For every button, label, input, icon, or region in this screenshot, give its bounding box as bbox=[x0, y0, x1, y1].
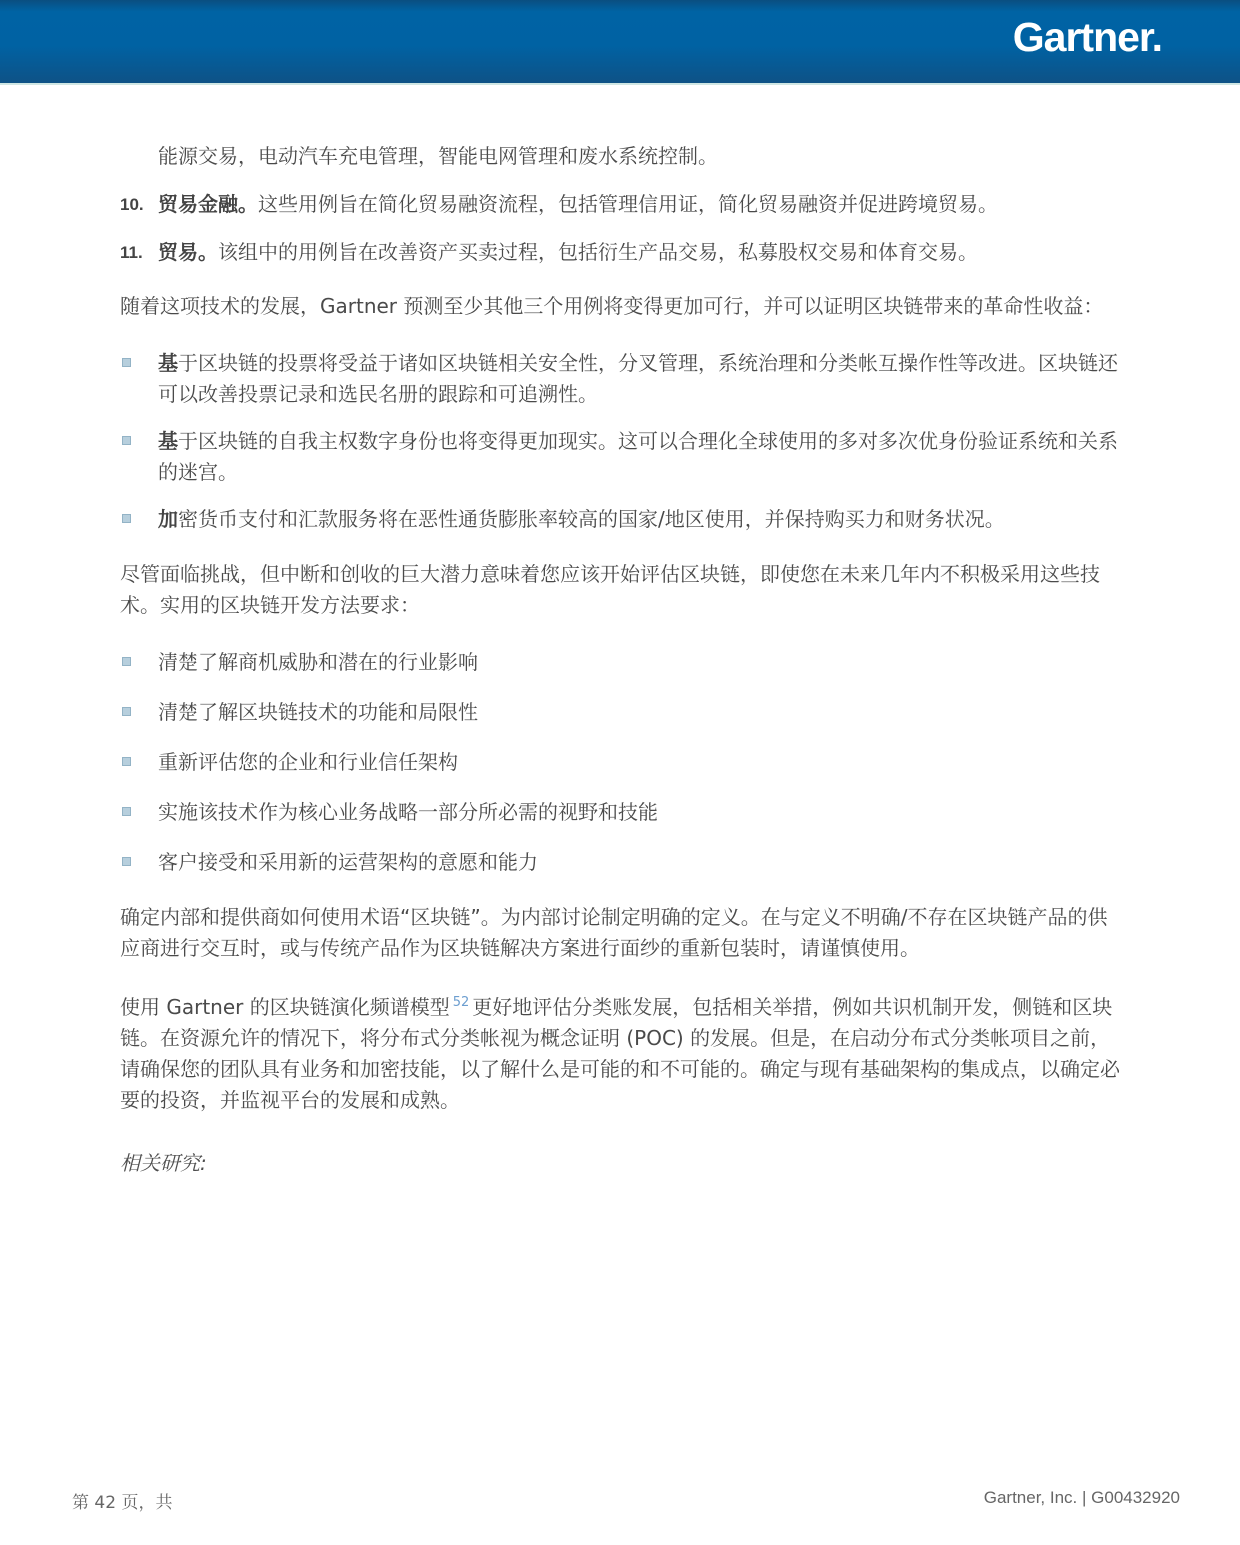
document-body: 能源交易，电动汽车充电管理，智能电网管理和废水系统控制。 10. 贸易金融。这些… bbox=[120, 141, 1125, 1179]
header-bar: Gartner. bbox=[0, 0, 1240, 85]
bullet-square-icon bbox=[122, 807, 131, 816]
paragraph-prediction: 随着这项技术的发展，Gartner 预测至少其他三个用例将变得更加可行，并可以证… bbox=[120, 291, 1125, 322]
numbered-item-10: 10. 贸易金融。这些用例旨在简化贸易融资流程，包括管理信用证，简化贸易融资并促… bbox=[120, 189, 1125, 220]
numbered-item-11-text: 贸易。该组中的用例旨在改善资产买卖过程，包括衍生产品交易，私募股权交易和体育交易… bbox=[158, 237, 1125, 268]
benefit-bullet-3-text: 密货币支付和汇款服务将在恶性通货膨胀率较高的国家/地区使用，并保持购买力和财务状… bbox=[178, 507, 1005, 531]
bullet-square-icon bbox=[122, 857, 131, 866]
numbered-item-11-rest: 该组中的用例旨在改善资产买卖过程，包括衍生产品交易，私募股权交易和体育交易。 bbox=[218, 240, 978, 264]
numbered-item-10-lead: 贸易金融。 bbox=[158, 192, 258, 216]
requirement-bullet-3: 重新评估您的企业和行业信任架构 bbox=[120, 747, 1125, 778]
benefit-bullet-2-text: 于区块链的自我主权数字身份也将变得更加现实。这可以合理化全球使用的多对多次优身份… bbox=[158, 429, 1118, 484]
requirement-bullet-4: 实施该技术作为核心业务战略一部分所必需的视野和技能 bbox=[120, 797, 1125, 828]
requirement-bullet-1: 清楚了解商机威胁和潜在的行业影响 bbox=[120, 647, 1125, 678]
benefit-bullet-list: 基于区块链的投票将受益于诸如区块链相关安全性，分叉管理，系统治理和分类帐互操作性… bbox=[120, 348, 1125, 535]
benefit-bullet-1-text: 于区块链的投票将受益于诸如区块链相关安全性，分叉管理，系统治理和分类帐互操作性等… bbox=[158, 351, 1118, 406]
requirement-bullet-list: 清楚了解商机威胁和潜在的行业影响 清楚了解区块链技术的功能和局限性 重新评估您的… bbox=[120, 647, 1125, 878]
requirement-bullet-3-text: 重新评估您的企业和行业信任架构 bbox=[158, 750, 458, 774]
requirement-bullet-5: 客户接受和采用新的运营架构的意愿和能力 bbox=[120, 847, 1125, 878]
paragraph-define-term: 确定内部和提供商如何使用术语“区块链”。为内部讨论制定明确的定义。在与定义不明确… bbox=[120, 902, 1125, 964]
requirement-bullet-2-text: 清楚了解区块链技术的功能和局限性 bbox=[158, 700, 478, 724]
paragraph-challenge: 尽管面临挑战，但中断和创收的巨大潜力意味着您应该开始评估区块链，即使您在未来几年… bbox=[120, 559, 1125, 621]
paragraph-spectrum-model: 使用 Gartner 的区块链演化频谱模型52更好地评估分类账发展，包括相关举措… bbox=[120, 992, 1125, 1116]
numbered-item-10-text: 贸易金融。这些用例旨在简化贸易融资流程，包括管理信用证，简化贸易融资并促进跨境贸… bbox=[158, 189, 1125, 220]
bullet-square-icon bbox=[122, 358, 131, 367]
footer-page-number: 第 42 页，共 bbox=[72, 1488, 172, 1513]
requirement-bullet-4-text: 实施该技术作为核心业务战略一部分所必需的视野和技能 bbox=[158, 800, 658, 824]
requirement-bullet-1-text: 清楚了解商机威胁和潜在的行业影响 bbox=[158, 650, 478, 674]
list-item-9-continuation: 能源交易，电动汽车充电管理，智能电网管理和废水系统控制。 bbox=[158, 141, 1125, 172]
numbered-item-11-number: 11. bbox=[120, 237, 158, 268]
numbered-item-11: 11. 贸易。该组中的用例旨在改善资产买卖过程，包括衍生产品交易，私募股权交易和… bbox=[120, 237, 1125, 268]
benefit-bullet-1-lead: 基 bbox=[158, 351, 178, 375]
numbered-item-10-number: 10. bbox=[120, 189, 158, 220]
numbered-item-11-lead: 贸易。 bbox=[158, 240, 218, 264]
bullet-square-icon bbox=[122, 436, 131, 445]
requirement-bullet-2: 清楚了解区块链技术的功能和局限性 bbox=[120, 697, 1125, 728]
benefit-bullet-2: 基于区块链的自我主权数字身份也将变得更加现实。这可以合理化全球使用的多对多次优身… bbox=[120, 426, 1125, 488]
gartner-logo: Gartner. bbox=[1013, 14, 1162, 61]
footer-document-id: Gartner, Inc. | G00432920 bbox=[984, 1488, 1180, 1508]
benefit-bullet-1: 基于区块链的投票将受益于诸如区块链相关安全性，分叉管理，系统治理和分类帐互操作性… bbox=[120, 348, 1125, 410]
footnote-52-link[interactable]: 52 bbox=[450, 995, 473, 1010]
numbered-item-10-rest: 这些用例旨在简化贸易融资流程，包括管理信用证，简化贸易融资并促进跨境贸易。 bbox=[258, 192, 998, 216]
bullet-square-icon bbox=[122, 707, 131, 716]
benefit-bullet-3-lead: 加 bbox=[158, 507, 178, 531]
paragraph-spectrum-before: 使用 Gartner 的区块链演化频谱模型 bbox=[120, 995, 450, 1019]
related-research-heading: 相关研究: bbox=[120, 1148, 1125, 1179]
benefit-bullet-3: 加密货币支付和汇款服务将在恶性通货膨胀率较高的国家/地区使用，并保持购买力和财务… bbox=[120, 504, 1125, 535]
bullet-square-icon bbox=[122, 757, 131, 766]
benefit-bullet-2-lead: 基 bbox=[158, 429, 178, 453]
bullet-square-icon bbox=[122, 657, 131, 666]
requirement-bullet-5-text: 客户接受和采用新的运营架构的意愿和能力 bbox=[158, 850, 538, 874]
bullet-square-icon bbox=[122, 514, 131, 523]
